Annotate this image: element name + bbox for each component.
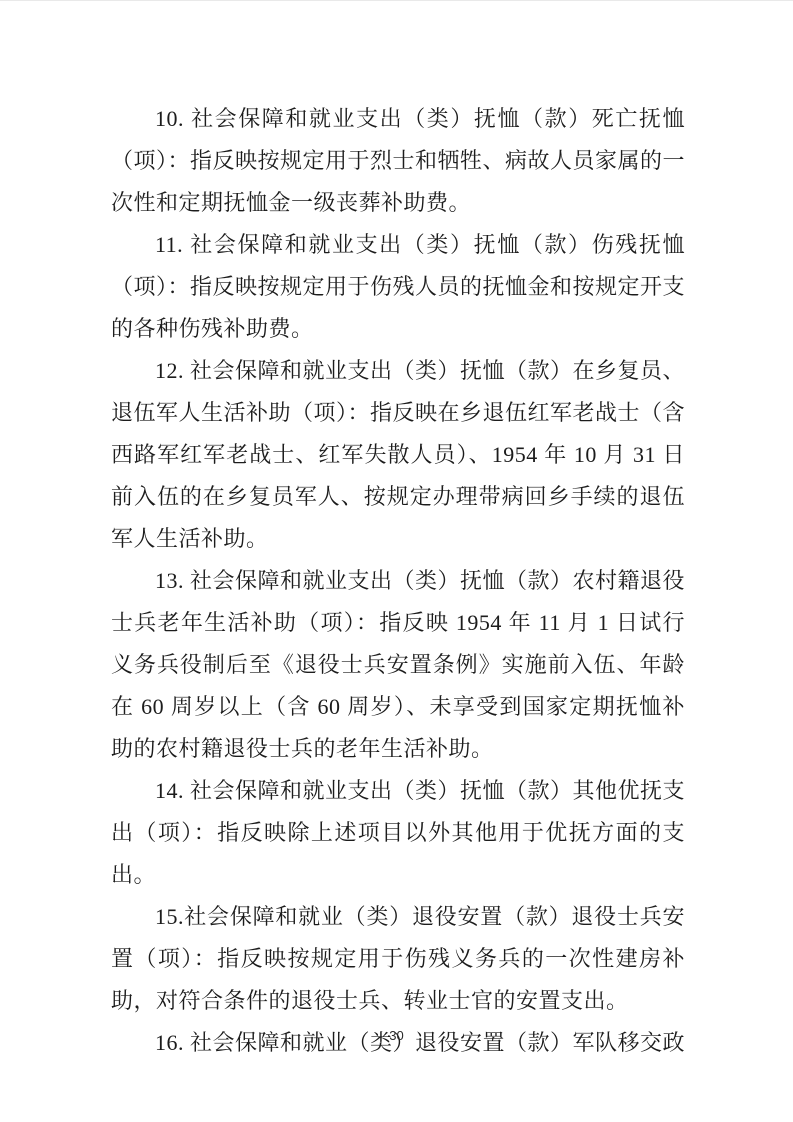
paragraph-item-12: 12. 社会保障和就业支出（类）抚恤（款）在乡复员、退伍军人生活补助（项）：指反… [111, 350, 685, 560]
paragraph-item-11: 11. 社会保障和就业支出（类）抚恤（款）伤残抚恤（项）：指反映按规定用于伤残人… [111, 224, 685, 350]
page-number: 30 [389, 1028, 403, 1043]
page-footer: 30 [0, 1027, 793, 1045]
paragraph-item-15: 15.社会保障和就业（类）退役安置（款）退役士兵安置（项）：指反映按规定用于伤残… [111, 896, 685, 1022]
paragraph-item-14: 14. 社会保障和就业支出（类）抚恤（款）其他优抚支出（项）：指反映除上述项目以… [111, 770, 685, 896]
document-body: 10. 社会保障和就业支出（类）抚恤（款）死亡抚恤（项）：指反映按规定用于烈士和… [111, 98, 685, 1064]
document-page: 10. 社会保障和就业支出（类）抚恤（款）死亡抚恤（项）：指反映按规定用于烈士和… [0, 0, 793, 1122]
paragraph-item-13: 13. 社会保障和就业支出（类）抚恤（款）农村籍退役士兵老年生活补助（项）：指反… [111, 560, 685, 770]
paragraph-item-10: 10. 社会保障和就业支出（类）抚恤（款）死亡抚恤（项）：指反映按规定用于烈士和… [111, 98, 685, 224]
